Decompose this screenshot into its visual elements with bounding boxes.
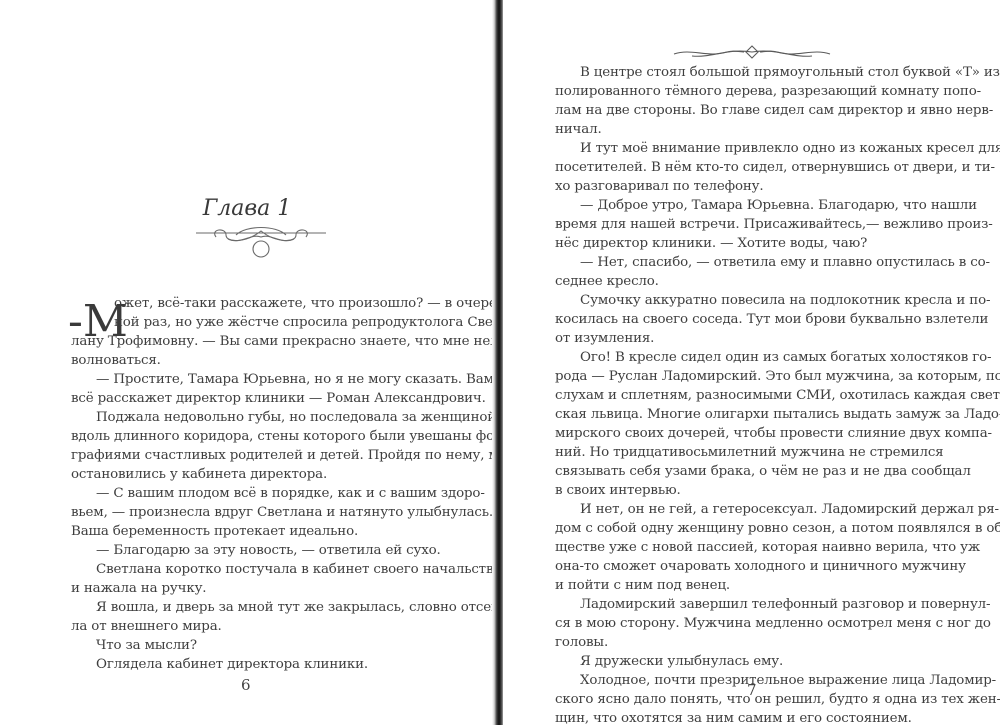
text-line: вьем, — произнесла вдруг Светлана и натя… xyxy=(71,503,452,522)
text-line: нёс директор клиники. — Хотите воды, чаю… xyxy=(555,234,867,253)
text-line: волноваться. xyxy=(71,351,161,370)
text-line: Я дружески улыбнулась ему. xyxy=(580,652,783,671)
chapter-title: Глава 1 xyxy=(0,196,494,221)
text-line: ний. Но тридцативосьмилетний мужчина не … xyxy=(555,443,936,462)
page-number-right: 7 xyxy=(747,681,757,699)
divider-ornament-icon xyxy=(672,42,832,62)
text-line: — С вашим плодом всё в порядке, как и с … xyxy=(96,484,452,503)
text-line: — Простите, Тамара Юрьевна, но я не могу… xyxy=(96,370,452,389)
text-line: Сумочку аккуратно повесила на подлокотни… xyxy=(580,291,936,310)
text-line: лам на две стороны. Во главе сидел сам д… xyxy=(555,101,936,120)
text-line: ся в мою сторону. Мужчина медленно осмот… xyxy=(555,614,936,633)
text-line: полированного тёмного дерева, разрезающи… xyxy=(555,82,936,101)
text-line: Оглядела кабинет директора клиники. xyxy=(96,655,368,674)
right-page: В центре стоял большой прямоугольный сто… xyxy=(503,0,1000,725)
text-line: И нет, он не гей, а гетеросексуал. Ладом… xyxy=(580,500,936,519)
text-line: ла от внешнего мира. xyxy=(71,617,222,636)
page-number-left: 6 xyxy=(241,676,251,694)
text-line: она-то сможет очаровать холодного и цини… xyxy=(555,557,936,576)
text-line: Поджала недовольно губы, но последовала … xyxy=(96,408,452,427)
text-line: и нажала на ручку. xyxy=(71,579,206,598)
text-line: ществе уже с новой пассией, которая наив… xyxy=(555,538,936,557)
text-line: рода — Руслан Ладомирский. Это был мужчи… xyxy=(555,367,936,386)
text-line: седнее кресло. xyxy=(555,272,659,291)
text-line: остановились у кабинета директора. xyxy=(71,465,327,484)
text-line: Что за мысли? xyxy=(96,636,197,655)
text-line: всё расскажет директор клиники — Роман А… xyxy=(71,389,486,408)
text-line: лану Трофимовну. — Вы сами прекрасно зна… xyxy=(71,332,452,351)
text-line: Холодное, почти презрительное выражение … xyxy=(580,671,936,690)
text-line: ной раз, но уже жёстче спросила репродук… xyxy=(114,313,452,332)
text-line: связывать себя узами брака, о чём не раз… xyxy=(555,462,936,481)
book-spread: Глава 1 -М ожет, всё-таки расскажете, чт… xyxy=(0,0,1000,725)
text-line: щин, что охотятся за ним самим и его сос… xyxy=(555,709,912,725)
text-line: ничал. xyxy=(555,120,602,139)
text-line: ская львица. Многие олигархи пытались вы… xyxy=(555,405,936,424)
text-line: графиями счастливых родителей и детей. П… xyxy=(71,446,452,465)
text-line: косилась на своего соседа. Тут мои брови… xyxy=(555,310,936,329)
text-line: — Нет, спасибо, — ответила ему и плавно … xyxy=(580,253,936,272)
text-line: время для нашей встречи. Присаживайтесь,… xyxy=(555,215,936,234)
left-page: Глава 1 -М ожет, всё-таки расскажете, чт… xyxy=(0,0,494,725)
text-line: И тут моё внимание привлекло одно из кож… xyxy=(580,139,936,158)
text-line: В центре стоял большой прямоугольный сто… xyxy=(580,63,936,82)
text-line: посетителей. В нём кто-то сидел, отверну… xyxy=(555,158,936,177)
flourish-ornament-icon xyxy=(196,225,326,261)
text-line: Ваша беременность протекает идеально. xyxy=(71,522,358,541)
text-line: в своих интервью. xyxy=(555,481,681,500)
text-line: ского ясно дало понять, что он решил, бу… xyxy=(555,690,936,709)
text-line: Я вошла, и дверь за мной тут же закрылас… xyxy=(96,598,452,617)
text-line: Ого! В кресле сидел один из самых богаты… xyxy=(580,348,936,367)
text-line: дом с собой одну женщину ровно сезон, а … xyxy=(555,519,936,538)
text-line: вдоль длинного коридора, стены которого … xyxy=(71,427,452,446)
text-line: хо разговаривал по телефону. xyxy=(555,177,764,196)
text-line: Светлана коротко постучала в кабинет сво… xyxy=(96,560,452,579)
text-line: — Доброе утро, Тамара Юрьевна. Благодарю… xyxy=(580,196,936,215)
text-line: — Благодарю за эту новость, — ответила е… xyxy=(96,541,441,560)
text-line: ожет, всё-таки расскажете, что произошло… xyxy=(114,294,452,313)
text-line: и пойти с ним под венец. xyxy=(555,576,730,595)
text-line: головы. xyxy=(555,633,608,652)
text-line: Ладомирский завершил телефонный разговор… xyxy=(580,595,936,614)
text-line: от изумления. xyxy=(555,329,654,348)
text-line: мирского своих дочерей, чтобы провести с… xyxy=(555,424,936,443)
text-line: слухам и сплетням, разносимыми СМИ, охот… xyxy=(555,386,936,405)
